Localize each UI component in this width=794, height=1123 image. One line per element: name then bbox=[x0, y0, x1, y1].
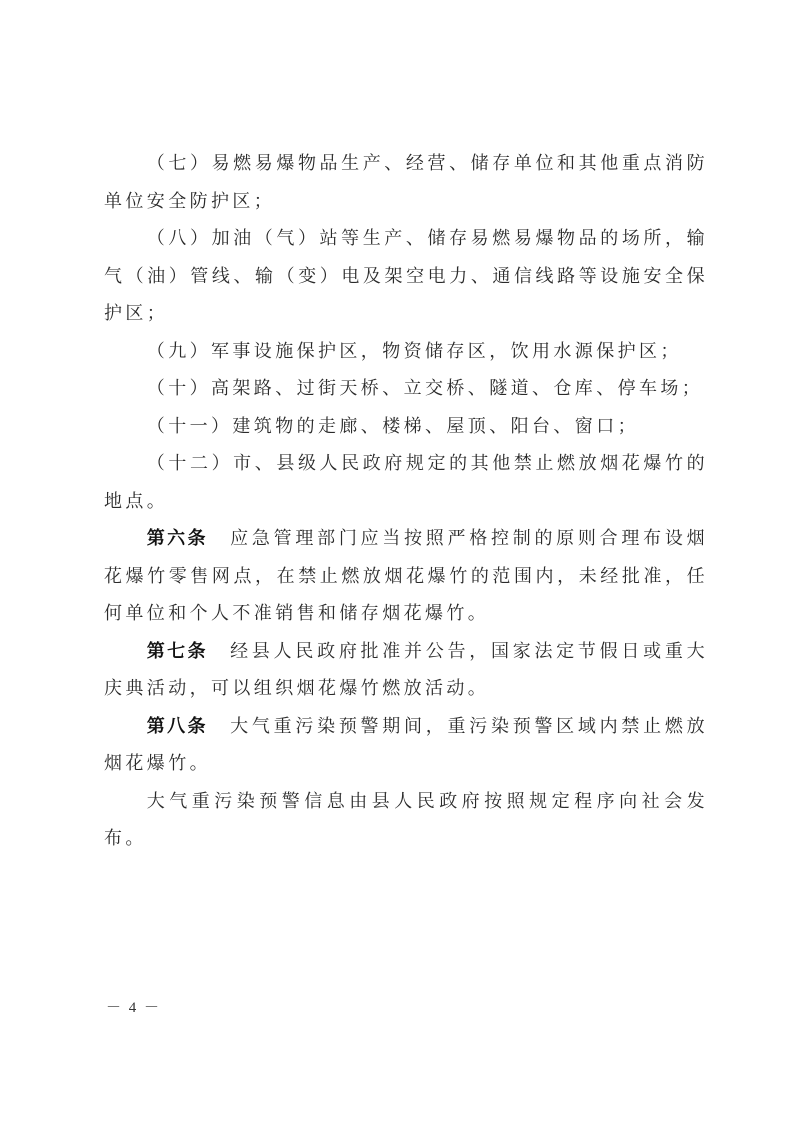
article-7: 第七条经县人民政府批准并公告，国家法定节假日或重大庆典活动，可以组织烟花爆竹燃放… bbox=[104, 633, 708, 708]
document-body: （七）易燃易爆物品生产、经营、储存单位和其他重点消防单位安全防护区； （八）加油… bbox=[104, 145, 708, 858]
paragraph-item-10: （十）高架路、过街天桥、立交桥、隧道、仓库、停车场； bbox=[104, 370, 708, 408]
paragraph-text: （十）高架路、过街天桥、立交桥、隧道、仓库、停车场； bbox=[147, 378, 703, 399]
article-6: 第六条应急管理部门应当按照严格控制的原则合理布设烟花爆竹零售网点，在禁止燃放烟花… bbox=[104, 520, 708, 633]
article-8: 第八条大气重污染预警期间，重污染预警区域内禁止燃放烟花爆竹。 bbox=[104, 708, 708, 783]
paragraph-item-8: （八）加油（气）站等生产、储存易燃易爆物品的场所，输气（油）管线、输（变）电及架… bbox=[104, 220, 708, 333]
paragraph-text: （十一）建筑物的走廊、楼梯、屋顶、阳台、窗口； bbox=[147, 416, 639, 437]
page-number: － 4 － bbox=[106, 996, 161, 1017]
paragraph-text: （九）军事设施保护区，物资储存区，饮用水源保护区； bbox=[147, 341, 682, 362]
paragraph-text: （七）易燃易爆物品生产、经营、储存单位和其他重点消防单位安全防护区； bbox=[104, 153, 708, 212]
paragraph-item-7: （七）易燃易爆物品生产、经营、储存单位和其他重点消防单位安全防护区； bbox=[104, 145, 708, 220]
paragraph-text: 大气重污染预警信息由县人民政府按照规定程序向社会发布。 bbox=[104, 791, 708, 850]
paragraph-text: （十二）市、县级人民政府规定的其他禁止燃放烟花爆竹的地点。 bbox=[104, 453, 708, 512]
article-heading: 第七条 bbox=[147, 641, 208, 662]
paragraph-text: （八）加油（气）站等生产、储存易燃易爆物品的场所，输气（油）管线、输（变）电及架… bbox=[104, 228, 708, 324]
article-heading: 第八条 bbox=[147, 716, 208, 737]
article-heading: 第六条 bbox=[147, 528, 208, 549]
paragraph-item-9: （九）军事设施保护区，物资储存区，饮用水源保护区； bbox=[104, 333, 708, 371]
article-8-paragraph-2: 大气重污染预警信息由县人民政府按照规定程序向社会发布。 bbox=[104, 783, 708, 858]
paragraph-item-12: （十二）市、县级人民政府规定的其他禁止燃放烟花爆竹的地点。 bbox=[104, 445, 708, 520]
paragraph-item-11: （十一）建筑物的走廊、楼梯、屋顶、阳台、窗口； bbox=[104, 408, 708, 446]
